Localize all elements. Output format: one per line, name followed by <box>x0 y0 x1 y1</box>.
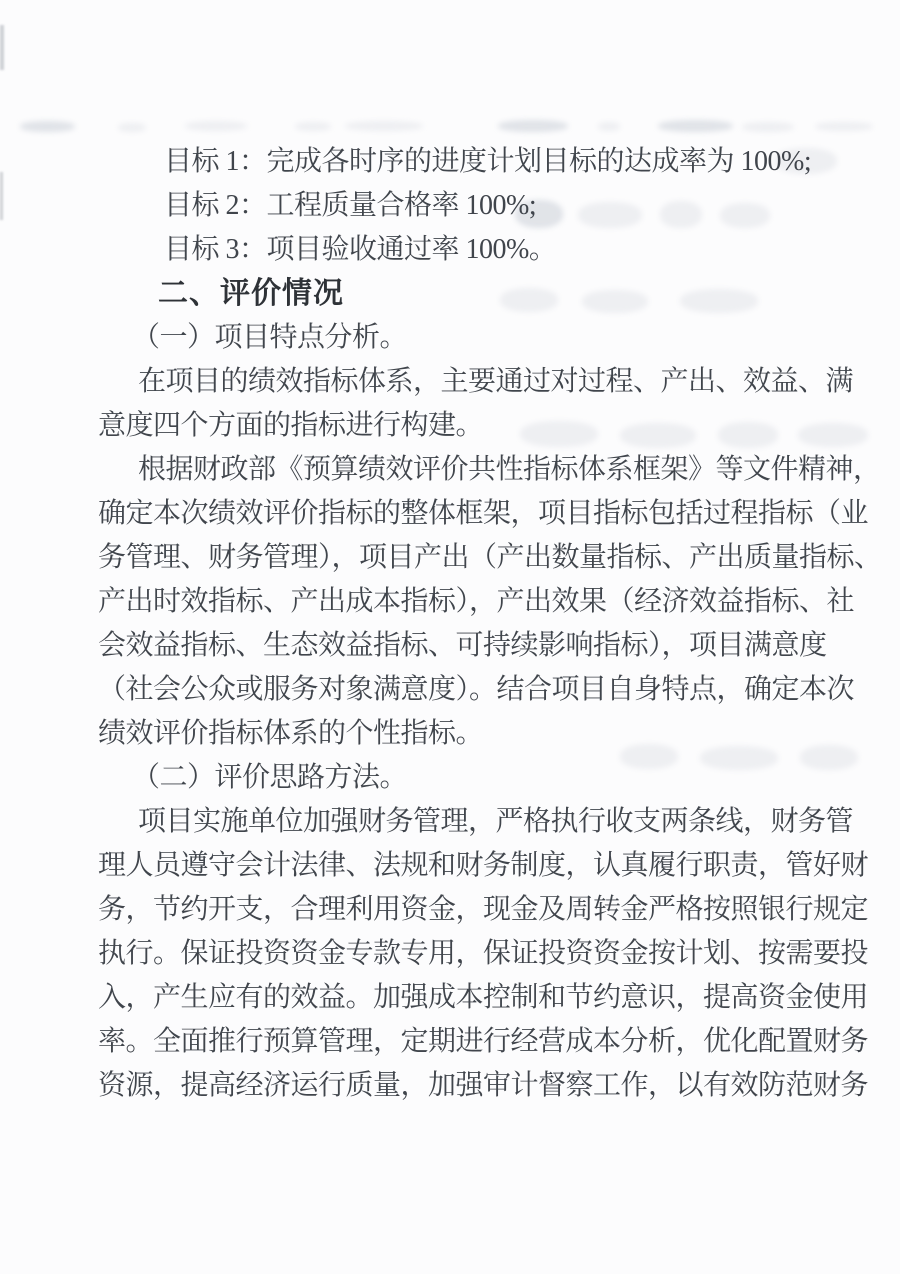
scanned-document-page: 目标 1：完成各时序的进度计划目标的达成率为 100%;目标 2：工程质量合格率… <box>0 0 900 1274</box>
page-edge-mark <box>0 172 3 220</box>
text-line-17: 理人员遵守会计法律、法规和财务制度，认真履行职责，管好财 <box>98 844 890 888</box>
text-line-21: 率。全面推行预算管理，定期进行经营成本分析，优化配置财务 <box>98 1020 890 1064</box>
scan-smudge <box>295 122 331 131</box>
text-line-6: 在项目的绩效指标体系，主要通过对过程、产出、效益、满 <box>98 360 890 404</box>
text-line-13: （社会公众或服务对象满意度）。结合项目自身特点，确定本次 <box>98 668 890 712</box>
scan-smudge <box>742 122 794 132</box>
text-line-20: 入，产生应有的效益。加强成本控制和节约意识，提高资金使用 <box>98 976 890 1020</box>
text-line-22: 资源，提高经济运行质量，加强审计督察工作，以有效防范财务 <box>98 1064 890 1108</box>
text-line-7: 意度四个方面的指标进行构建。 <box>98 404 890 448</box>
text-line-2: 目标 2：工程质量合格率 100%; <box>98 184 890 228</box>
scan-smudge <box>498 120 568 132</box>
text-line-19: 执行。保证投资资金专款专用，保证投资资金按计划、按需要投 <box>98 932 890 976</box>
scan-smudge <box>598 122 620 131</box>
text-line-15: （二）评价思路方法。 <box>98 756 890 800</box>
scan-smudge <box>815 122 873 131</box>
text-line-8: 根据财政部《预算绩效评价共性指标体系框架》等文件精神， <box>98 448 890 492</box>
text-line-10: 务管理、财务管理），项目产出（产出数量指标、产出质量指标、 <box>98 536 890 580</box>
text-line-5: （一）项目特点分析。 <box>98 316 890 360</box>
text-line-1: 目标 1：完成各时序的进度计划目标的达成率为 100%; <box>98 140 890 184</box>
scan-smudge <box>345 121 423 131</box>
text-block: 目标 1：完成各时序的进度计划目标的达成率为 100%;目标 2：工程质量合格率… <box>98 140 890 1108</box>
text-line-12: 会效益指标、生态效益指标、可持续影响指标），项目满意度 <box>98 624 890 668</box>
scan-smudge <box>20 121 75 132</box>
page-edge-mark <box>0 25 4 70</box>
scan-smudge <box>118 123 146 132</box>
section-heading: 二、评价情况 <box>98 272 890 316</box>
text-line-16: 项目实施单位加强财务管理，严格执行收支两条线，财务管 <box>98 800 890 844</box>
text-line-3: 目标 3：项目验收通过率 100%。 <box>98 228 890 272</box>
text-line-14: 绩效评价指标体系的个性指标。 <box>98 712 890 756</box>
text-line-18: 务，节约开支，合理利用资金，现金及周转金严格按照银行规定 <box>98 888 890 932</box>
text-line-9: 确定本次绩效评价指标的整体框架，项目指标包括过程指标（业 <box>98 492 890 536</box>
scan-smudge <box>658 120 733 132</box>
text-line-11: 产出时效指标、产出成本指标），产出效果（经济效益指标、社 <box>98 580 890 624</box>
scan-smudge <box>185 121 247 131</box>
